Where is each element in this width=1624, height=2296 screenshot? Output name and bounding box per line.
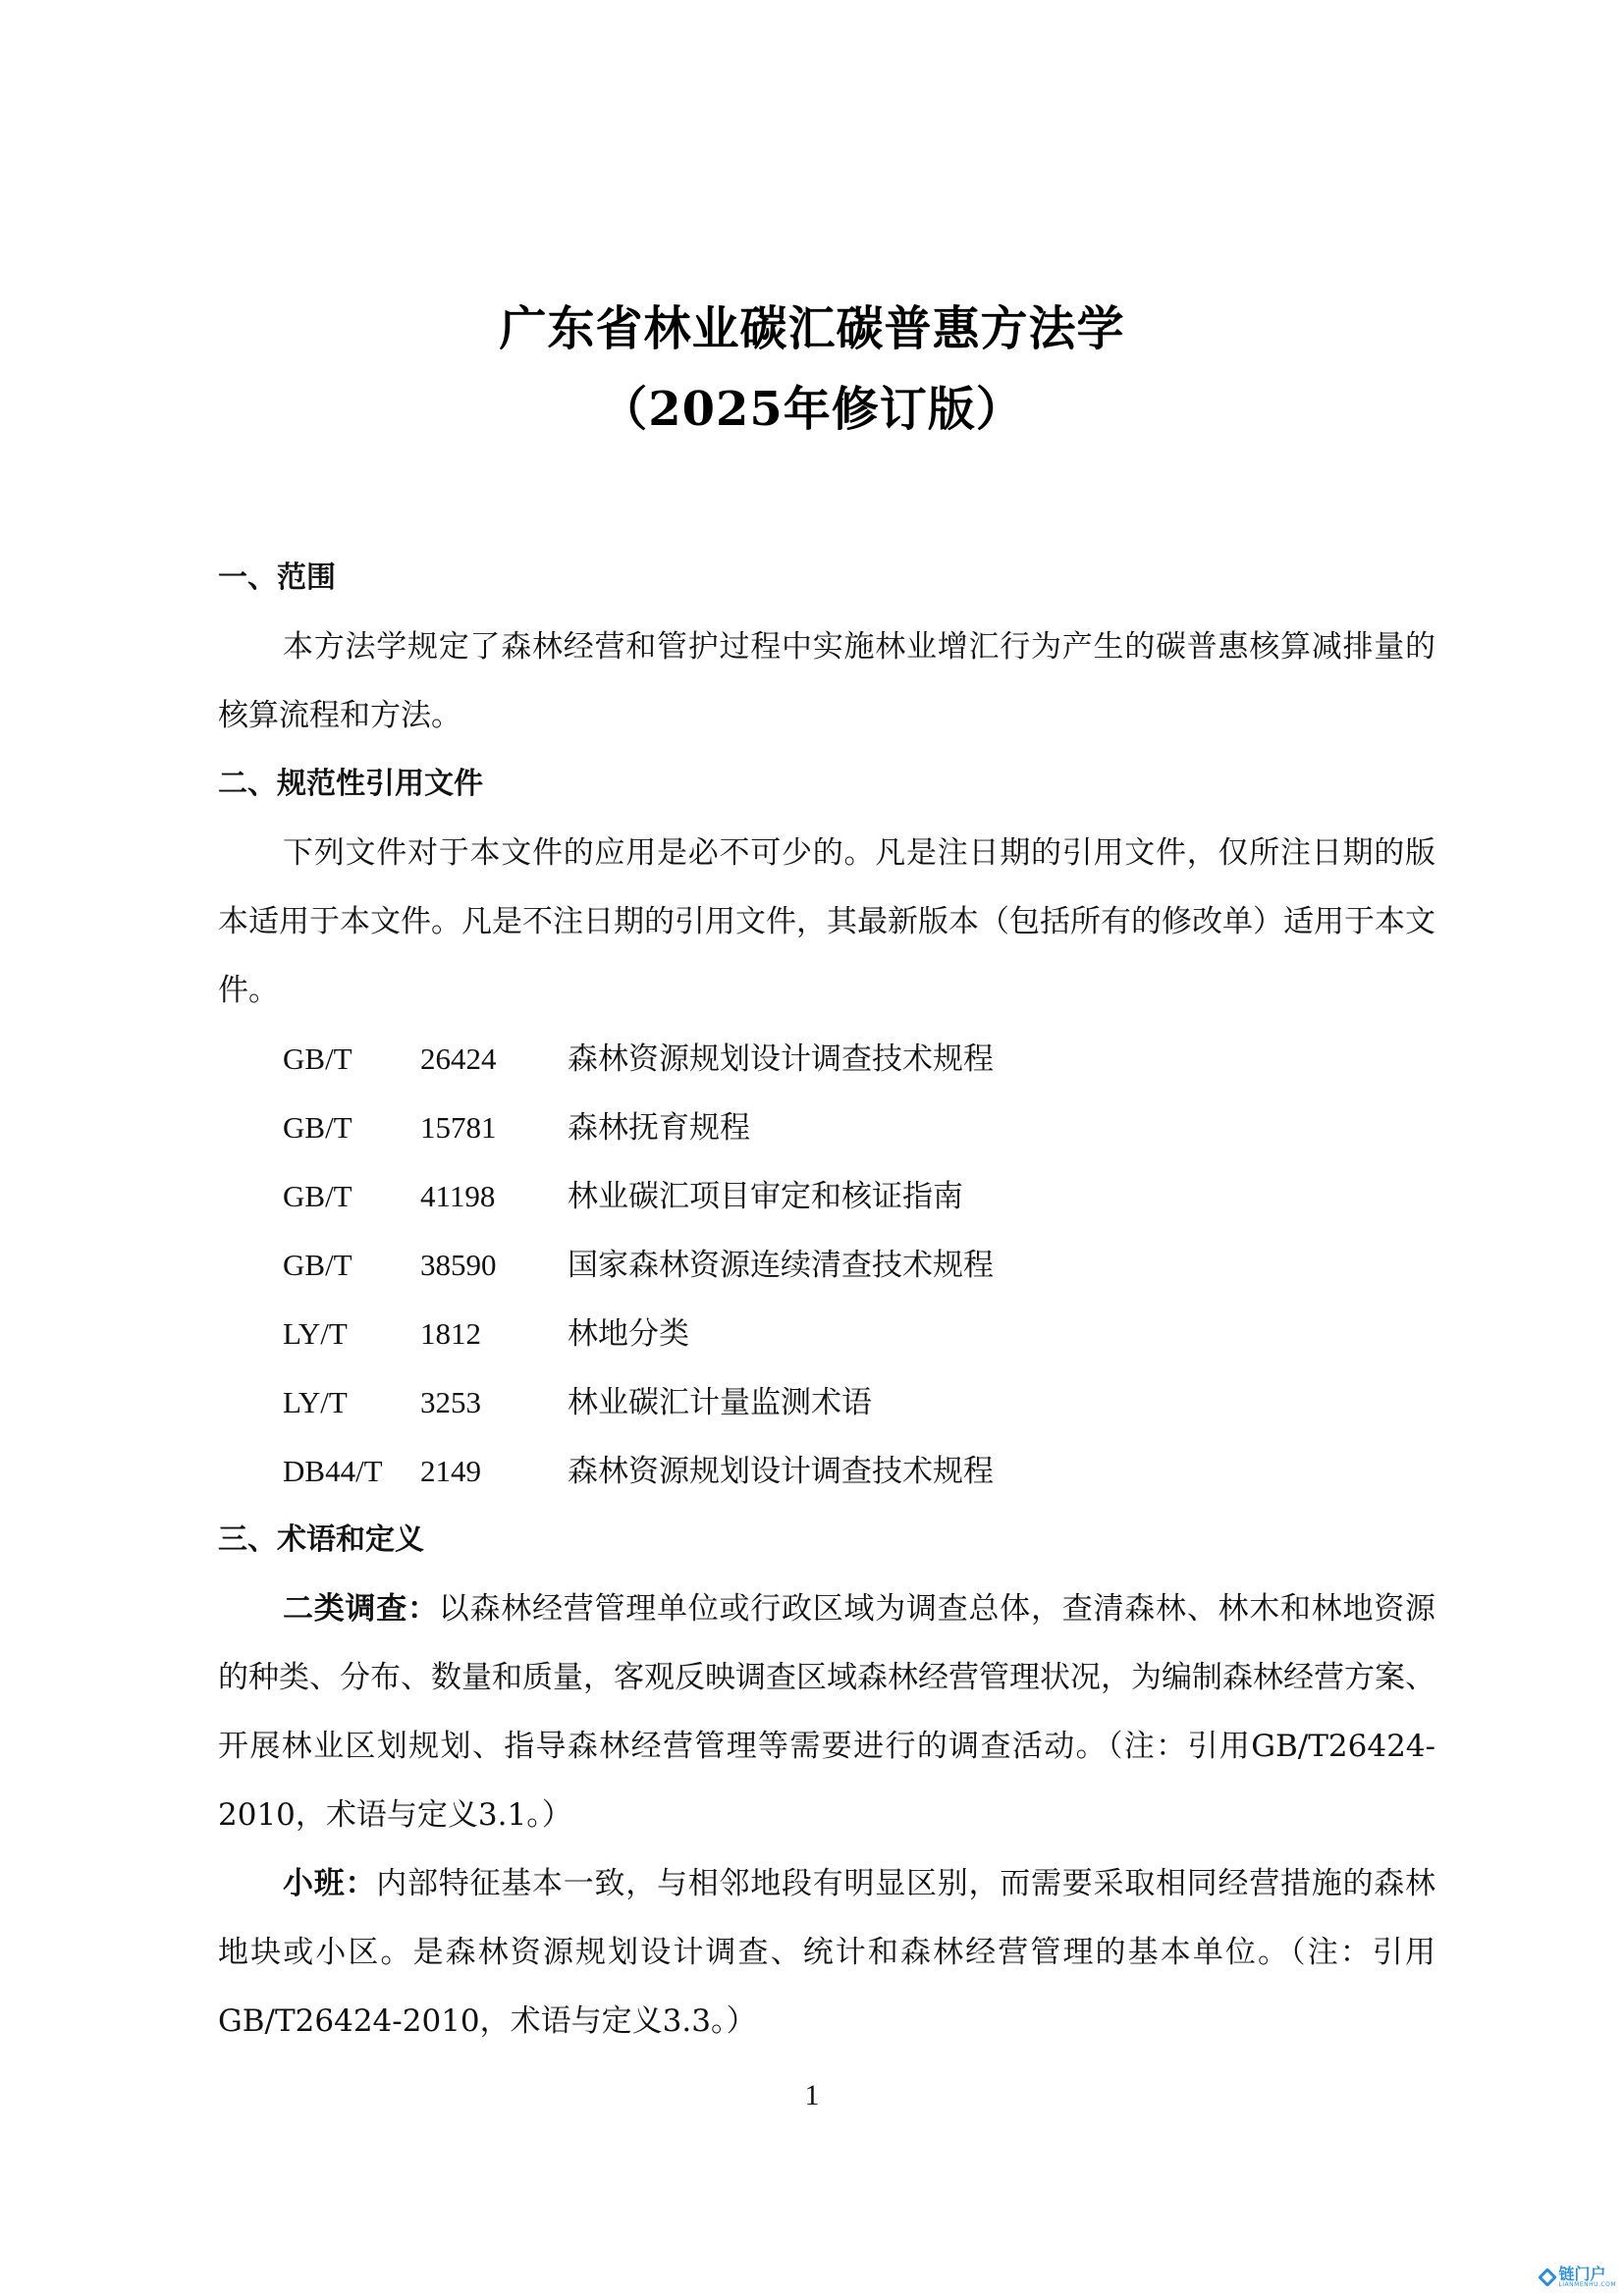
diamond-logo-icon (1539, 2268, 1558, 2287)
watermark-text: 链门户 LIANMENHU.COM (1558, 2267, 1616, 2288)
reference-number: 26424 (420, 1025, 568, 1094)
reference-item: GB/T 26424 森林资源规划设计调查技术规程 (218, 1025, 1435, 1094)
definition-term: 二类调查： (283, 1591, 439, 1627)
document-title: 广东省林业碳汇碳普惠方法学 (0, 291, 1624, 358)
watermark-main: 链门户 (1558, 2267, 1616, 2282)
reference-type: DB44/T (218, 1437, 420, 1506)
reference-number: 41198 (420, 1162, 568, 1231)
reference-name: 林业碳汇计量监测术语 (568, 1368, 872, 1437)
document-body: 一、范围 本方法学规定了森林经营和管护过程中实施林业增汇行为产生的碳普惠核算减排… (218, 544, 1435, 2056)
reference-number: 2149 (420, 1437, 568, 1506)
reference-item: LY/T 3253 林业碳汇计量监测术语 (218, 1368, 1435, 1437)
reference-number: 38590 (420, 1231, 568, 1300)
section-heading: 二、规范性引用文件 (218, 750, 1435, 819)
reference-type: GB/T (218, 1025, 420, 1094)
reference-name: 森林抚育规程 (568, 1094, 750, 1162)
paragraph: 下列文件对于本文件的应用是必不可少的。凡是注日期的引用文件，仅所注日期的版本适用… (218, 819, 1435, 1025)
reference-item: GB/T 38590 国家森林资源连续清查技术规程 (218, 1231, 1435, 1300)
reference-name: 林业碳汇项目审定和核证指南 (568, 1162, 963, 1231)
document-subtitle: （2025年修订版） (0, 371, 1624, 439)
page-number: 1 (0, 2079, 1624, 2112)
section-terms-definitions: 三、术语和定义 二类调查：以森林经营管理单位或行政区域为调查总体，查清森林、林木… (218, 1506, 1435, 2056)
watermark-sub: LIANMENHU.COM (1558, 2282, 1616, 2288)
document-page: 广东省林业碳汇碳普惠方法学 （2025年修订版） 一、范围 本方法学规定了森林经… (0, 0, 1624, 2296)
reference-list: GB/T 26424 森林资源规划设计调查技术规程 GB/T 15781 森林抚… (218, 1025, 1435, 1506)
section-scope: 一、范围 本方法学规定了森林经营和管护过程中实施林业增汇行为产生的碳普惠核算减排… (218, 544, 1435, 750)
reference-item: GB/T 41198 林业碳汇项目审定和核证指南 (218, 1162, 1435, 1231)
section-normative-references: 二、规范性引用文件 下列文件对于本文件的应用是必不可少的。凡是注日期的引用文件，… (218, 750, 1435, 1506)
reference-type: GB/T (218, 1231, 420, 1300)
reference-item: LY/T 1812 林地分类 (218, 1300, 1435, 1368)
reference-name: 森林资源规划设计调查技术规程 (568, 1025, 994, 1094)
reference-name: 国家森林资源连续清查技术规程 (568, 1231, 994, 1300)
definition: 小班：内部特征基本一致，与相邻地段有明显区别，而需要采取相同经营措施的森林地块或… (218, 1849, 1435, 2056)
section-heading: 一、范围 (218, 544, 1435, 613)
reference-item: DB44/T 2149 森林资源规划设计调查技术规程 (218, 1437, 1435, 1506)
paragraph: 本方法学规定了森林经营和管护过程中实施林业增汇行为产生的碳普惠核算减排量的核算流… (218, 613, 1435, 750)
reference-type: LY/T (218, 1368, 420, 1437)
reference-name: 林地分类 (568, 1300, 689, 1368)
definition-term: 小班： (283, 1866, 376, 1901)
definition: 二类调查：以森林经营管理单位或行政区域为调查总体，查清森林、林木和林地资源的种类… (218, 1575, 1435, 1849)
reference-type: GB/T (218, 1094, 420, 1162)
reference-type: LY/T (218, 1300, 420, 1368)
section-heading: 三、术语和定义 (218, 1506, 1435, 1575)
definition-text: 内部特征基本一致，与相邻地段有明显区别，而需要采取相同经营措施的森林地块或小区。… (218, 1866, 1435, 2039)
reference-name: 森林资源规划设计调查技术规程 (568, 1437, 994, 1506)
reference-type: GB/T (218, 1162, 420, 1231)
reference-number: 3253 (420, 1368, 568, 1437)
watermark-logo: 链门户 LIANMENHU.COM (1541, 2267, 1616, 2288)
reference-number: 15781 (420, 1094, 568, 1162)
reference-item: GB/T 15781 森林抚育规程 (218, 1094, 1435, 1162)
reference-number: 1812 (420, 1300, 568, 1368)
definition-text: 以森林经营管理单位或行政区域为调查总体，查清森林、林木和林地资源的种类、分布、数… (218, 1591, 1435, 1833)
